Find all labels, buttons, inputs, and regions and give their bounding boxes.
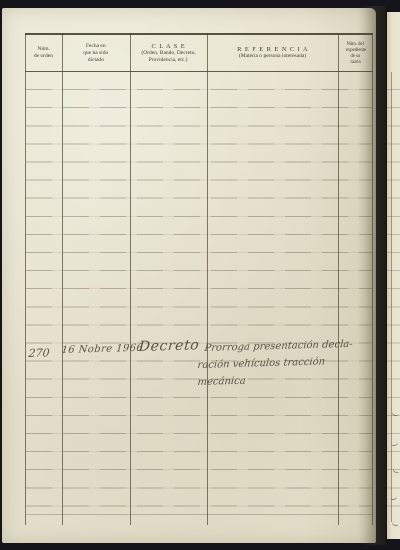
next-page-edge	[387, 12, 400, 539]
registry-table: Núm. de orden Fecha en que ha sido dicta…	[25, 33, 373, 525]
header-line: C L A S E	[151, 43, 185, 49]
column-header-fecha: Fecha en que ha sido dictado	[62, 35, 130, 71]
header-line: Núm.	[37, 46, 49, 52]
header-line: de orden	[34, 53, 53, 59]
ledger-paper: Núm. de orden Fecha en que ha sido dicta…	[2, 8, 376, 543]
next-page-ruled-rows	[387, 72, 400, 522]
header-line: que ha sido	[83, 50, 108, 56]
ink-stroke-fragment	[391, 519, 399, 527]
grid-vline	[338, 33, 339, 525]
entry-reference-line: mecánica	[197, 376, 246, 388]
table-header-row: Núm. de orden Fecha en que ha sido dicta…	[25, 33, 373, 72]
column-header-referencia: R E F E R E N C I A (Materia o persona i…	[207, 35, 338, 71]
header-line: (Orden, Bando, Decreto,	[141, 50, 195, 56]
header-line: dictado	[88, 57, 104, 63]
header-line: (Materia o persona interesada)	[239, 53, 306, 59]
ruled-rows	[26, 72, 372, 510]
grid-vline	[130, 33, 131, 525]
entry-class: Decreto	[138, 337, 200, 355]
scanned-ledger-page: Núm. de orden Fecha en que ha sido dicta…	[0, 0, 400, 550]
grid-vline	[62, 33, 63, 525]
header-line: Providencia, etc.)	[149, 57, 188, 63]
book-gutter-shadow	[358, 6, 388, 545]
grid-vline	[207, 33, 208, 525]
header-line: Fecha en	[86, 43, 106, 49]
bottom-rule	[26, 514, 372, 515]
entry-order-number: 270	[28, 346, 50, 360]
column-header-clase: C L A S E (Orden, Bando, Decreto, Provid…	[130, 35, 207, 71]
entry-date: 16 Nobre 1966	[61, 343, 144, 356]
column-header-num: Núm. de orden	[25, 35, 62, 71]
header-line: R E F E R E N C I A	[237, 46, 308, 52]
grid-vline	[25, 33, 26, 525]
